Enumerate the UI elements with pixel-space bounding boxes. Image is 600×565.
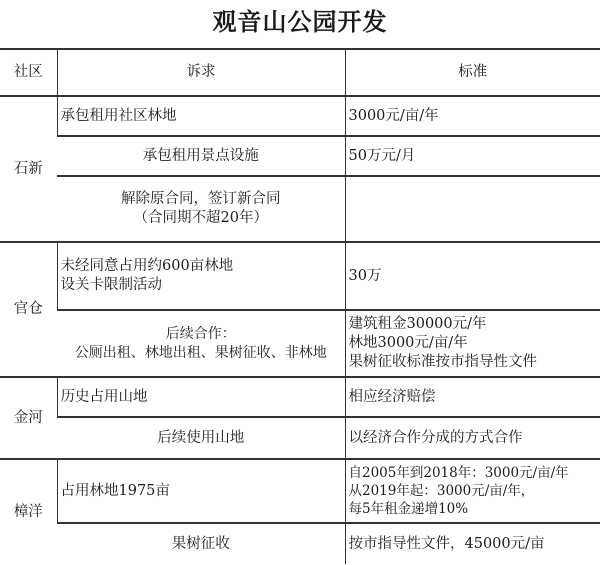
table-row: 金河 历史占用山地 相应经济赔偿 xyxy=(0,377,600,417)
community-cell: 金河 xyxy=(0,377,57,459)
demand-cell: 历史占用山地 xyxy=(57,377,345,417)
community-cell: 樟洋 xyxy=(0,459,57,564)
standard-cell: 30万 xyxy=(345,242,600,310)
demand-cell: 承包租用景点设施 xyxy=(57,136,345,176)
header-community: 社区 xyxy=(0,49,57,96)
standard-cell: 3000元/亩/年 xyxy=(345,96,600,136)
community-cell: 官仓 xyxy=(0,242,57,377)
demand-cell: 承包租用社区林地 xyxy=(57,96,345,136)
page-title: 观音山公园开发 xyxy=(0,0,600,48)
standard-cell: 建筑租金30000元/年 林地3000元/亩/年 果树征收标准按市指导性文件 xyxy=(345,310,600,377)
standard-cell: 以经济合作分成的方式合作 xyxy=(345,417,600,459)
table-row: 解除原合同，签订新合同 （合同期不超20年） xyxy=(0,176,600,242)
table-row: 后续合作： 公厕出租、林地出租、果树征收、非林地 建筑租金30000元/年 林地… xyxy=(0,310,600,377)
park-development-table: 社区 诉求 标准 石新 承包租用社区林地 3000元/亩/年 承包租用景点设施 … xyxy=(0,48,600,564)
header-demand: 诉求 xyxy=(57,49,345,96)
standard-cell: 50万元/月 xyxy=(345,136,600,176)
standard-cell: 相应经济赔偿 xyxy=(345,377,600,417)
demand-cell: 占用林地1975亩 xyxy=(57,459,345,523)
demand-cell: 解除原合同，签订新合同 （合同期不超20年） xyxy=(57,176,345,242)
demand-cell: 未经同意占用约600亩林地 设关卡限制活动 xyxy=(57,242,345,310)
table-header-row: 社区 诉求 标准 xyxy=(0,49,600,96)
table-row: 樟洋 占用林地1975亩 自2005年到2018年：3000元/亩/年 从201… xyxy=(0,459,600,523)
demand-cell: 后续使用山地 xyxy=(57,417,345,459)
table-row: 石新 承包租用社区林地 3000元/亩/年 xyxy=(0,96,600,136)
table-row: 承包租用景点设施 50万元/月 xyxy=(0,136,600,176)
standard-cell: 按市指导性文件，45000元/亩 xyxy=(345,523,600,564)
table-row: 官仓 未经同意占用约600亩林地 设关卡限制活动 30万 xyxy=(0,242,600,310)
demand-cell: 后续合作： 公厕出租、林地出租、果树征收、非林地 xyxy=(57,310,345,377)
header-standard: 标准 xyxy=(345,49,600,96)
table-row: 果树征收 按市指导性文件，45000元/亩 xyxy=(0,523,600,564)
table-row: 后续使用山地 以经济合作分成的方式合作 xyxy=(0,417,600,459)
standard-cell: 自2005年到2018年：3000元/亩/年 从2019年起：3000元/亩/年… xyxy=(345,459,600,523)
standard-cell xyxy=(345,176,600,242)
demand-cell: 果树征收 xyxy=(57,523,345,564)
community-cell: 石新 xyxy=(0,96,57,242)
